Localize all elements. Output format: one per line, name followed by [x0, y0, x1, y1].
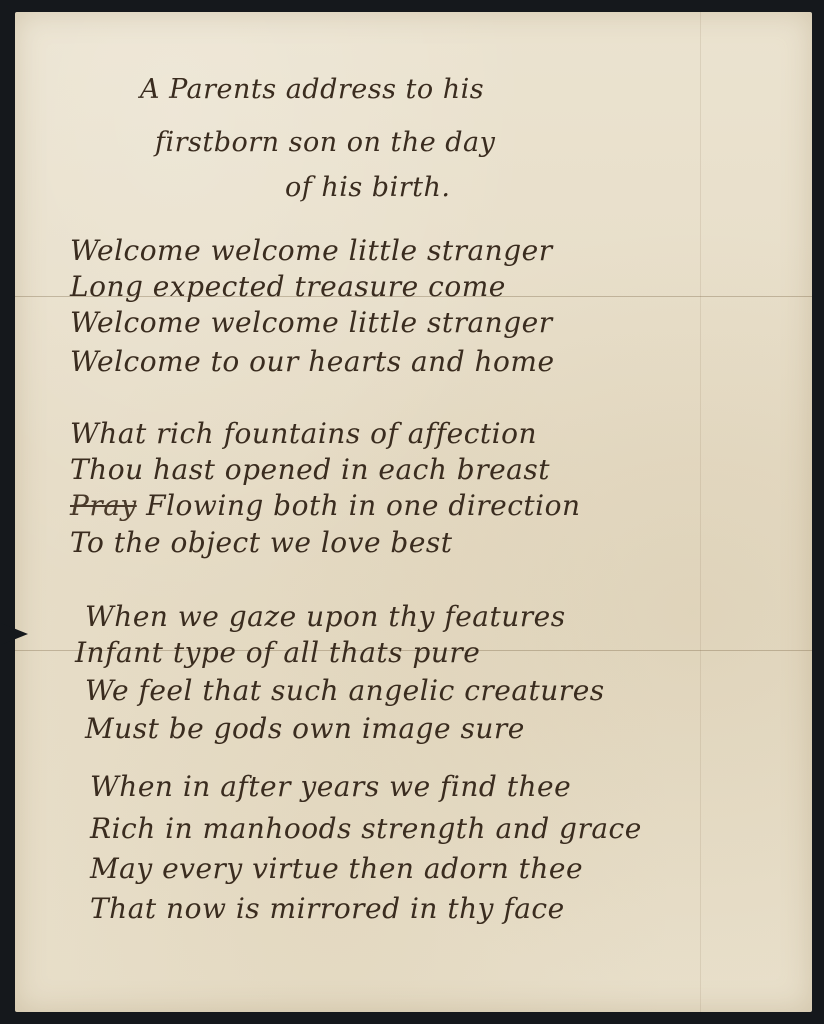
stanza-2-line-1: What rich fountains of affection	[70, 417, 537, 450]
stanza-1-line-2: Long expected treasure come	[70, 270, 506, 303]
stanza-2-line-3: Pray Flowing both in one direction	[70, 489, 581, 522]
fold-crease-vertical	[700, 12, 701, 1012]
struck-out-word: Pray	[70, 489, 137, 522]
stanza-4-line-4: That now is mirrored in thy face	[90, 892, 565, 925]
stanza-2-line-2: Thou hast opened in each breast	[70, 453, 550, 486]
stanza-3-line-4: Must be gods own image sure	[85, 712, 525, 745]
stanza-2-line-3-text: Flowing both in one direction	[146, 489, 580, 522]
manuscript-page: A Parents address to his firstborn son o…	[15, 12, 812, 1012]
stanza-3-line-3: We feel that such angelic creatures	[85, 674, 605, 707]
stanza-1-line-1: Welcome welcome little stranger	[70, 234, 553, 267]
stanza-2-line-4: To the object we love best	[70, 526, 453, 559]
stanza-4-line-3: May every virtue then adorn thee	[90, 852, 583, 885]
title-line-3: of his birth.	[285, 172, 450, 203]
paper-tear-notch	[0, 622, 28, 646]
stanza-3-line-2: Infant type of all thats pure	[75, 636, 480, 669]
stanza-3-line-1: When we gaze upon thy features	[85, 600, 566, 633]
stanza-1-line-4: Welcome to our hearts and home	[70, 345, 555, 378]
title-line-1: A Parents address to his	[140, 74, 484, 105]
stanza-4-line-2: Rich in manhoods strength and grace	[90, 812, 642, 845]
stanza-4-line-1: When in after years we find thee	[90, 770, 571, 803]
stanza-1-line-3: Welcome welcome little stranger	[70, 306, 553, 339]
title-line-2: firstborn son on the day	[155, 127, 495, 158]
